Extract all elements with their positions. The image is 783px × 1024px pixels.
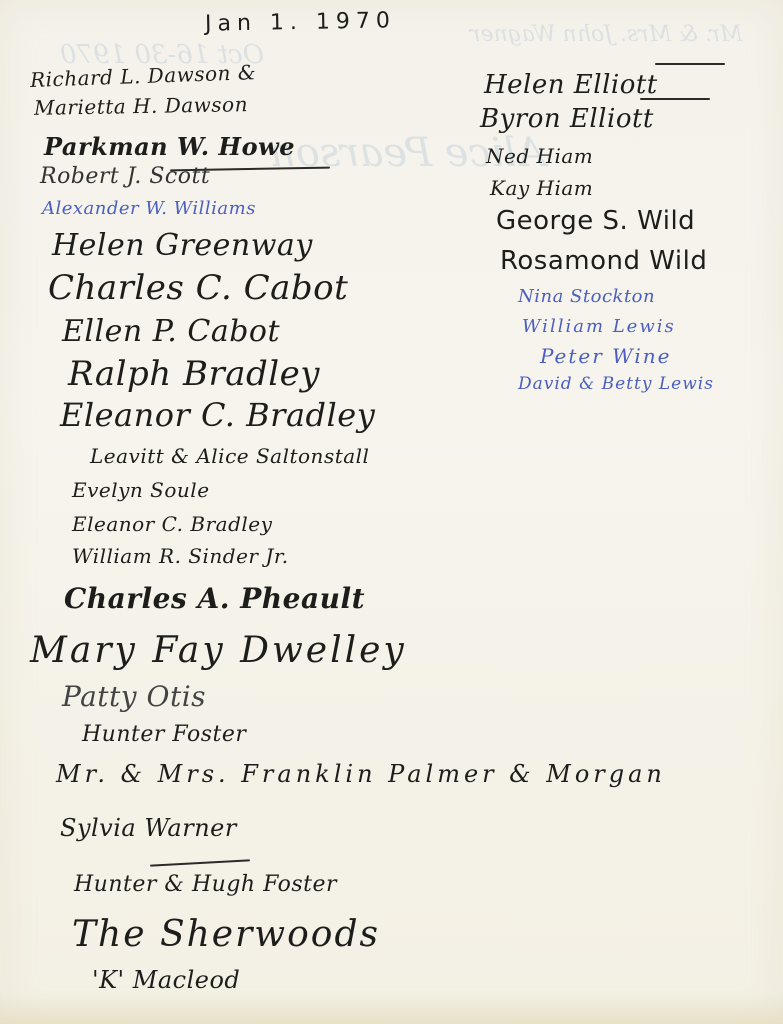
signature: David & Betty Lewis	[518, 374, 714, 394]
signature-underline	[655, 63, 725, 65]
signature: Kay Hiam	[490, 176, 593, 200]
entry-date: Jan 1. 1970	[205, 8, 396, 36]
signature: Alexander W. Williams	[42, 198, 256, 219]
signature: Byron Elliott	[480, 104, 654, 134]
signature: 'K' Macleod	[92, 966, 240, 994]
signature: Robert J. Scott	[40, 164, 210, 189]
signature: Evelyn Soule	[72, 478, 210, 502]
signature: Charles C. Cabot	[48, 268, 348, 308]
signature: Sylvia Warner	[60, 814, 237, 842]
signature: Rosamond Wild	[500, 246, 707, 276]
signature: Eleanor C. Bradley	[60, 396, 375, 434]
signature: Ned Hiam	[486, 144, 593, 168]
signature: Helen Greenway	[52, 228, 313, 263]
signature: Ellen P. Cabot	[62, 314, 280, 349]
signature: Mr. & Mrs. Franklin Palmer & Morgan	[56, 760, 666, 788]
signature: Marietta H. Dawson	[34, 92, 248, 120]
signature: Mary Fay Dwelley	[30, 630, 407, 671]
signature: Leavitt & Alice Saltonstall	[90, 444, 369, 468]
signature: William R. Sinder Jr.	[72, 544, 289, 568]
signature: William Lewis	[522, 316, 676, 337]
signature: Parkman W. Howe	[44, 132, 295, 161]
signature: Nina Stockton	[518, 286, 655, 307]
signature: Patty Otis	[62, 680, 206, 713]
signature-underline	[150, 859, 250, 866]
signature: Eleanor C. Bradley	[72, 512, 272, 536]
signature: Hunter & Hugh Foster	[74, 872, 337, 897]
bleed-through-text: Mr. & Mrs. John Wagner	[470, 22, 743, 47]
signature: Ralph Bradley	[68, 354, 320, 394]
signature: George S. Wild	[496, 206, 695, 236]
signature-underline	[640, 98, 710, 100]
signature: Hunter Foster	[82, 722, 246, 747]
signature: The Sherwoods	[72, 914, 380, 955]
signature: Helen Elliott	[484, 70, 658, 100]
guestbook-page: Mr. & Mrs. John Wagner Oct 16-30 1970 Al…	[0, 0, 783, 1024]
signature: Charles A. Pheault	[64, 582, 365, 615]
signature: Peter Wine	[540, 344, 672, 368]
